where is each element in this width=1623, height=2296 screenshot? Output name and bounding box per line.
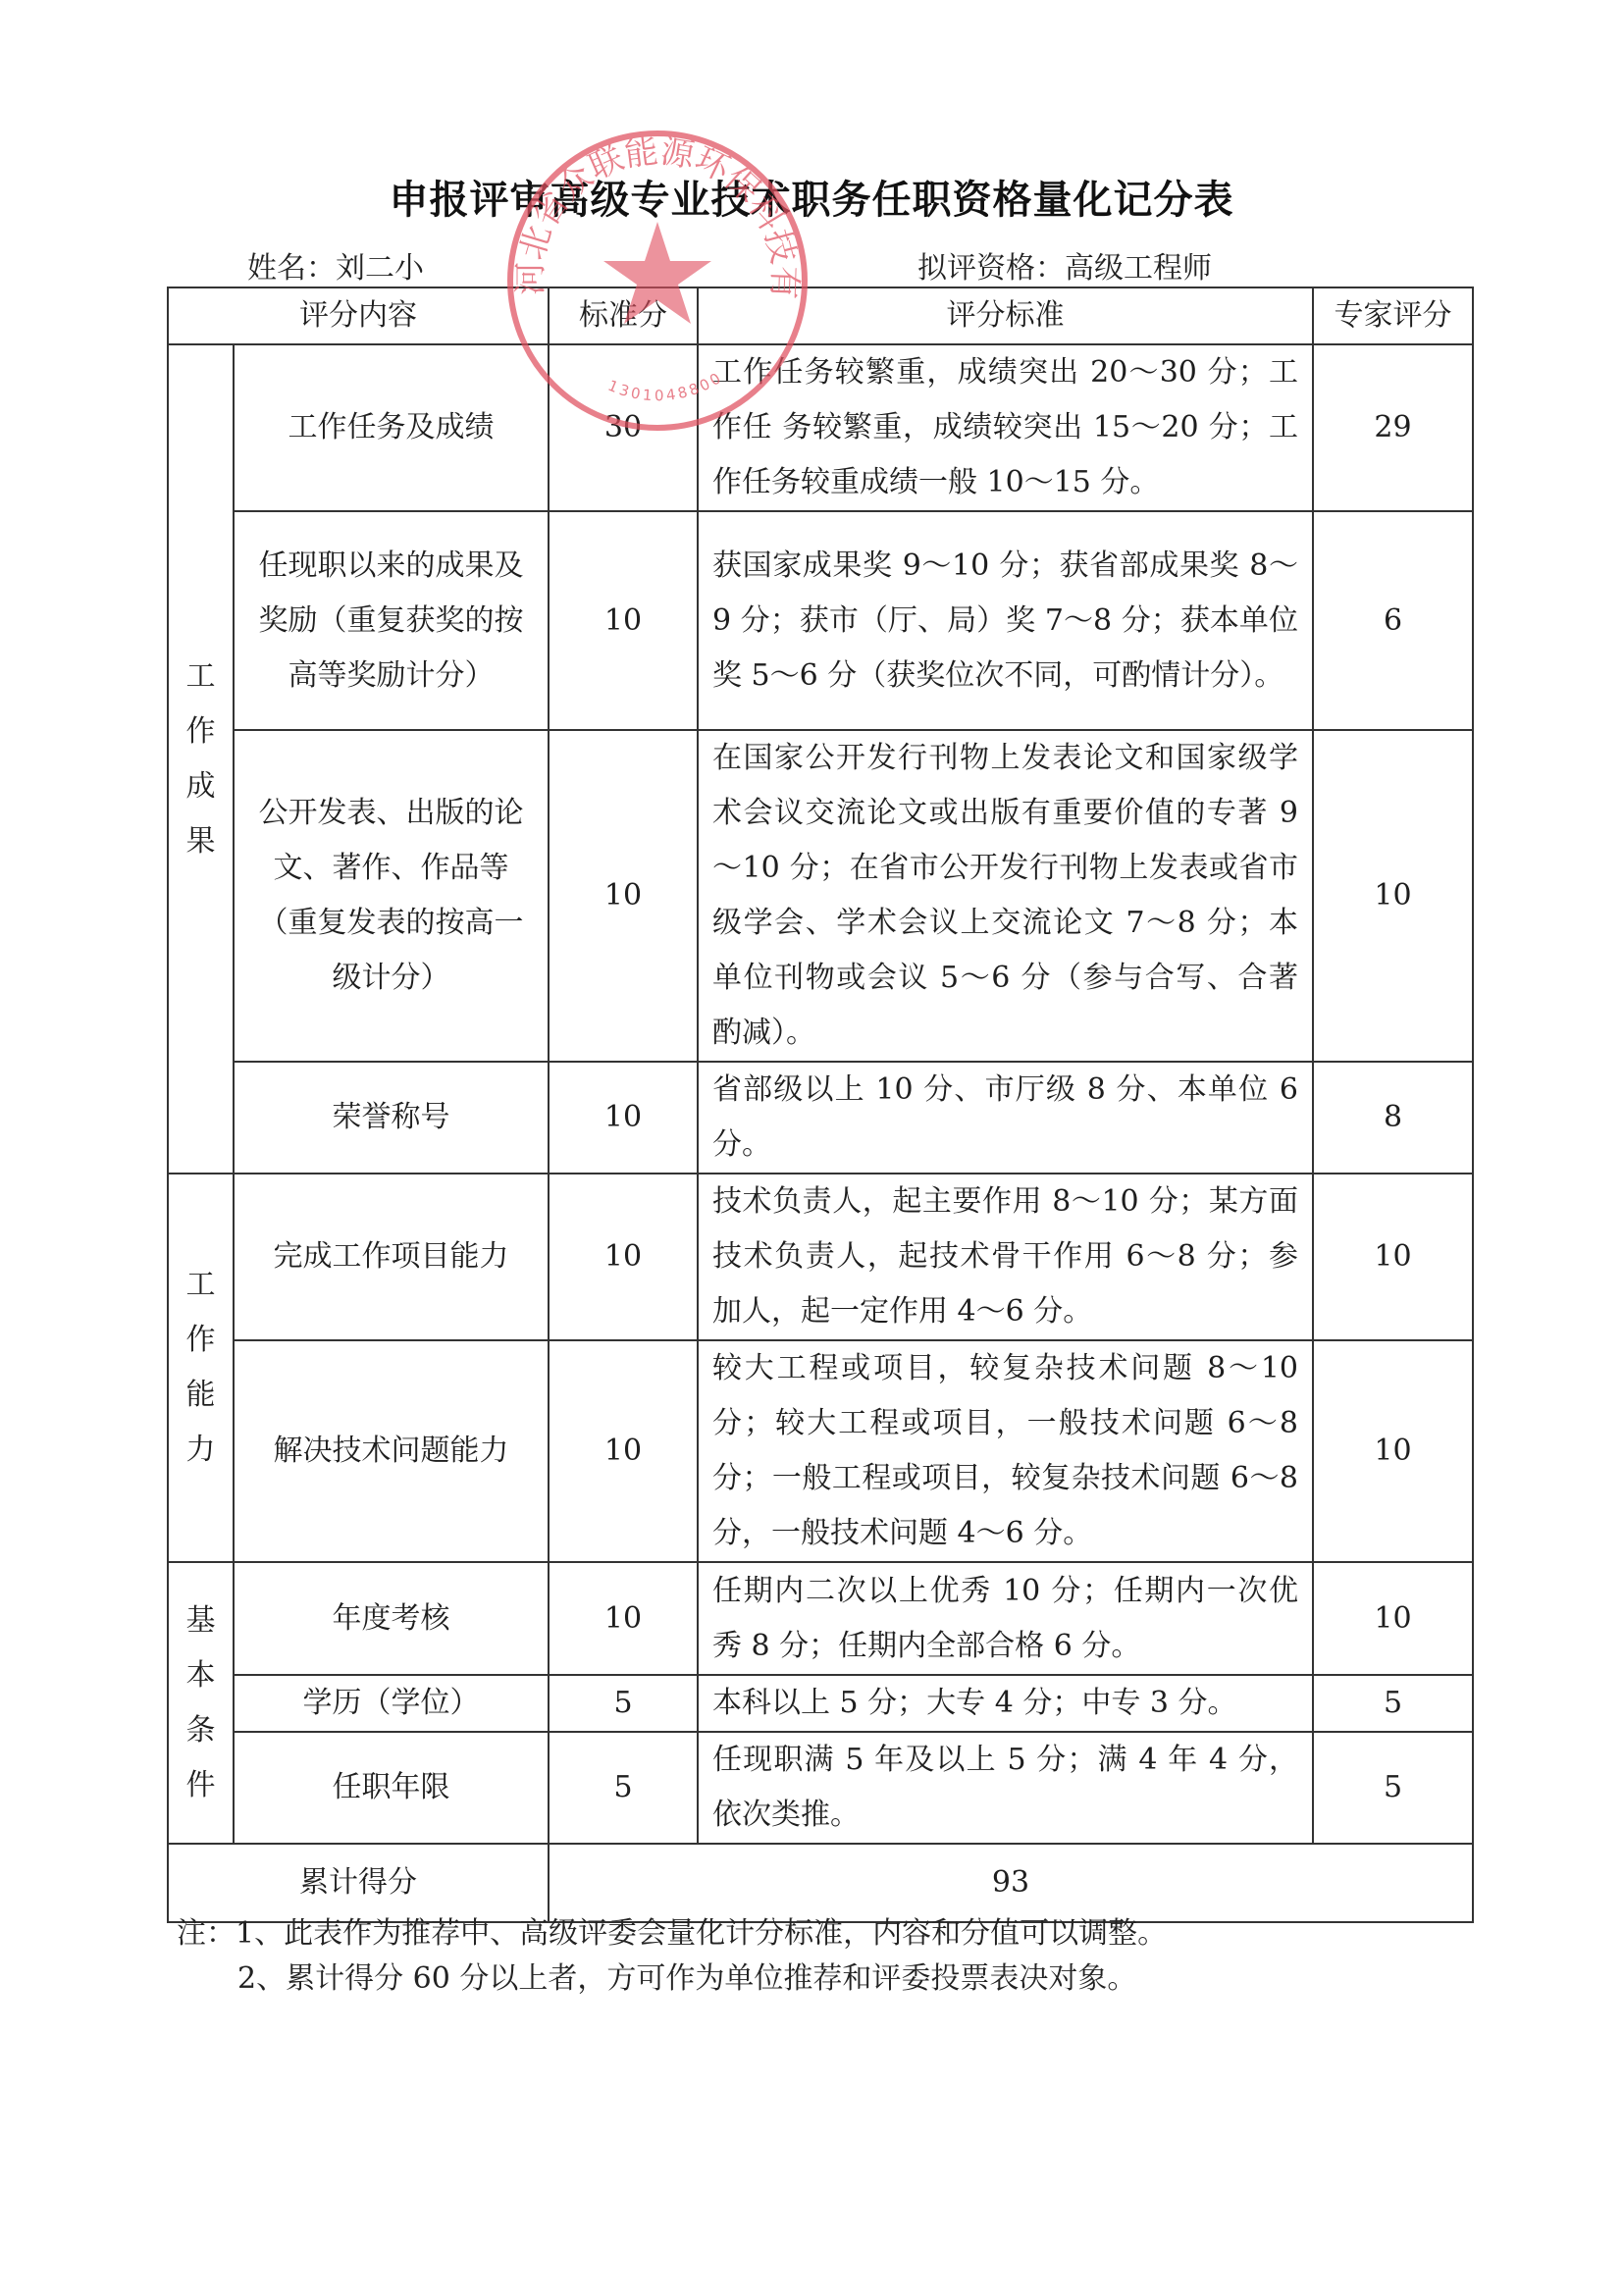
table-row: 解决技术问题能力 10 较大工程或项目，较复杂技术问题 8～10 分；较大工程或… [168, 1340, 1473, 1562]
table-row: 荣誉称号 10 省部级以上 10 分、市厅级 8 分、本单位 6 分。 8 [168, 1062, 1473, 1174]
header-expert-score: 专家评分 [1313, 287, 1473, 344]
expert-score: 29 [1313, 344, 1473, 511]
name-label: 姓名： [247, 251, 336, 286]
criteria-text: 任期内二次以上优秀 10 分；任期内一次优秀 8 分；任期内全部合格 6 分。 [698, 1562, 1313, 1675]
category-work-ability: 工作能力 [168, 1174, 234, 1562]
criteria-text: 技术负责人，起主要作用 8～10 分；某方面技术负责人，起技术骨干作用 6～8 … [698, 1174, 1313, 1340]
expert-score: 8 [1313, 1062, 1473, 1174]
total-value: 93 [549, 1844, 1473, 1922]
standard-score: 10 [549, 730, 698, 1062]
standard-score: 10 [549, 1174, 698, 1340]
standard-score: 5 [549, 1732, 698, 1844]
notes: 注：1、此表作为推荐中、高级评委会量化计分标准，内容和分值可以调整。 2、累计得… [177, 1911, 1167, 2002]
criteria-text: 获国家成果奖 9～10 分；获省部成果奖 8～9 分；获市（厅、局）奖 7～8 … [698, 511, 1313, 730]
table-row: 基本条件 年度考核 10 任期内二次以上优秀 10 分；任期内一次优秀 8 分；… [168, 1562, 1473, 1675]
item-name: 学历（学位） [234, 1675, 549, 1732]
standard-score: 10 [549, 1562, 698, 1675]
item-name: 任职年限 [234, 1732, 549, 1844]
item-name: 荣誉称号 [234, 1062, 549, 1174]
expert-score: 10 [1313, 1340, 1473, 1562]
standard-score: 5 [549, 1675, 698, 1732]
standard-score: 10 [549, 1340, 698, 1562]
header-criteria: 评分标准 [698, 287, 1313, 344]
note-1: 注：1、此表作为推荐中、高级评委会量化计分标准，内容和分值可以调整。 [177, 1911, 1167, 1957]
applicant-name: 姓名：刘二小 [247, 243, 424, 287]
qualification-label: 拟评资格： [917, 251, 1065, 286]
item-name: 年度考核 [234, 1562, 549, 1675]
expert-score: 10 [1313, 1562, 1473, 1675]
expert-score: 6 [1313, 511, 1473, 730]
expert-score: 10 [1313, 1174, 1473, 1340]
expert-score: 5 [1313, 1732, 1473, 1844]
name-value: 刘二小 [336, 251, 424, 286]
note-2: 2、累计得分 60 分以上者，方可作为单位推荐和评委投票表决对象。 [177, 1957, 1167, 2002]
table-row: 公开发表、出版的论文、著作、作品等（重复发表的按高一级计分） 10 在国家公开发… [168, 730, 1473, 1062]
criteria-text: 较大工程或项目，较复杂技术问题 8～10 分；较大工程或项目，一般技术问题 6～… [698, 1340, 1313, 1562]
item-name: 任现职以来的成果及奖励（重复获奖的按高等奖励计分） [234, 511, 549, 730]
qualification-value: 高级工程师 [1065, 251, 1212, 286]
standard-score: 10 [549, 511, 698, 730]
table-row: 任职年限 5 任现职满 5 年及以上 5 分；满 4 年 4 分，依次类推。 5 [168, 1732, 1473, 1844]
header-content: 评分内容 [168, 287, 549, 344]
item-name: 解决技术问题能力 [234, 1340, 549, 1562]
item-name: 完成工作项目能力 [234, 1174, 549, 1340]
document-title: 申报评审高级专业技术职务任职资格量化记分表 [0, 169, 1623, 225]
item-name: 工作任务及成绩 [234, 344, 549, 511]
criteria-text: 任现职满 5 年及以上 5 分；满 4 年 4 分，依次类推。 [698, 1732, 1313, 1844]
proposed-qualification: 拟评资格：高级工程师 [917, 243, 1212, 287]
expert-score: 10 [1313, 730, 1473, 1062]
criteria-text: 工作任务较繁重，成绩突出 20～30 分；工作任 务较繁重，成绩较突出 15～2… [698, 344, 1313, 511]
table-row: 工作成果 工作任务及成绩 30 工作任务较繁重，成绩突出 20～30 分；工作任… [168, 344, 1473, 511]
total-label: 累计得分 [168, 1844, 549, 1922]
table-row: 学历（学位） 5 本科以上 5 分；大专 4 分；中专 3 分。 5 [168, 1675, 1473, 1732]
criteria-text: 在国家公开发行刊物上发表论文和国家级学术会议交流论文或出版有重要价值的专著 9～… [698, 730, 1313, 1062]
standard-score: 30 [549, 344, 698, 511]
criteria-text: 本科以上 5 分；大专 4 分；中专 3 分。 [698, 1675, 1313, 1732]
header-standard-score: 标准分 [549, 287, 698, 344]
table-row: 任现职以来的成果及奖励（重复获奖的按高等奖励计分） 10 获国家成果奖 9～10… [168, 511, 1473, 730]
category-work-results: 工作成果 [168, 344, 234, 1174]
scoring-table: 评分内容 标准分 评分标准 专家评分 工作成果 工作任务及成绩 30 工作任务较… [167, 287, 1474, 1923]
item-name: 公开发表、出版的论文、著作、作品等（重复发表的按高一级计分） [234, 730, 549, 1062]
header-row: 评分内容 标准分 评分标准 专家评分 [168, 287, 1473, 344]
total-row: 累计得分 93 [168, 1844, 1473, 1922]
expert-score: 5 [1313, 1675, 1473, 1732]
category-basic-conditions: 基本条件 [168, 1562, 234, 1844]
criteria-text: 省部级以上 10 分、市厅级 8 分、本单位 6 分。 [698, 1062, 1313, 1174]
table-row: 工作能力 完成工作项目能力 10 技术负责人，起主要作用 8～10 分；某方面技… [168, 1174, 1473, 1340]
standard-score: 10 [549, 1062, 698, 1174]
